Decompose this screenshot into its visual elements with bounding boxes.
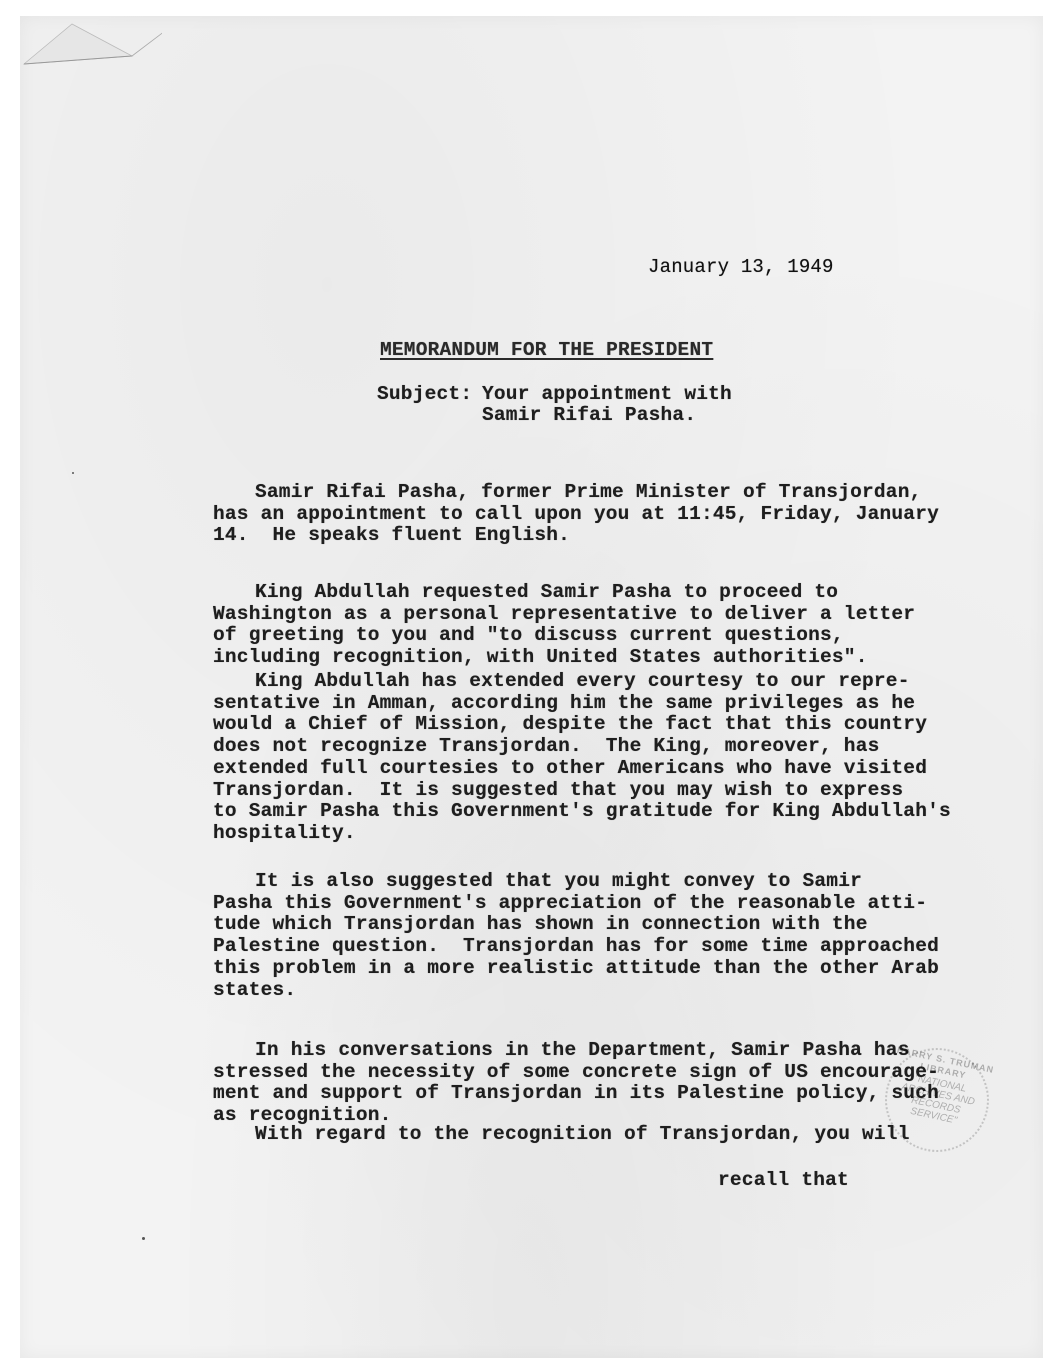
paragraph-line: including recognition, with United State…	[213, 646, 868, 668]
paragraph-line: Washington as a personal representative …	[213, 603, 915, 625]
paragraph-line: Pasha this Government's appreciation of …	[213, 892, 927, 914]
paragraph-line: Palestine question. Transjordan has for …	[213, 935, 939, 957]
paragraph-first-line: With regard to the recognition of Transj…	[255, 1123, 910, 1145]
paragraph-line: this problem in a more realistic attitud…	[213, 957, 939, 979]
paragraph-line: sentative in Amman, according him the sa…	[213, 692, 915, 714]
paragraph-line: states.	[213, 979, 296, 1001]
paragraph-line: does not recognize Transjordan. The King…	[213, 735, 880, 757]
paragraph-line: of greeting to you and "to discuss curre…	[213, 624, 844, 646]
paragraph-line: would a Chief of Mission, despite the fa…	[213, 713, 927, 735]
paragraph-line: ment and support of Transjordan in its P…	[213, 1082, 939, 1104]
subject-line-2: Samir Rifai Pasha.	[482, 404, 696, 426]
paragraph-line: stressed the necessity of some concrete …	[213, 1061, 939, 1083]
continuation-text: recall that	[718, 1169, 849, 1191]
paragraph-line: hospitality.	[213, 822, 356, 844]
paragraph-line: to Samir Pasha this Government's gratitu…	[213, 800, 951, 822]
paragraph-line: Transjordan. It is suggested that you ma…	[213, 779, 903, 801]
paragraph-first-line: It is also suggested that you might conv…	[255, 870, 862, 892]
paragraph-first-line: In his conversations in the Department, …	[255, 1039, 910, 1061]
subject-label: Subject:	[377, 383, 472, 405]
subject-line-1: Your appointment with	[482, 383, 732, 405]
paragraph-first-line: Samir Rifai Pasha, former Prime Minister…	[255, 481, 922, 503]
paragraph-line: tude which Transjordan has shown in conn…	[213, 913, 868, 935]
memo-date: January 13, 1949	[648, 256, 834, 278]
paragraph-line: 14. He speaks fluent English.	[213, 524, 570, 546]
paragraph-line: extended full courtesies to other Americ…	[213, 757, 927, 779]
paragraph-first-line: King Abdullah requested Samir Pasha to p…	[255, 581, 838, 603]
ink-speck	[142, 1237, 145, 1240]
paragraph-line: has an appointment to call upon you at 1…	[213, 503, 939, 525]
folded-corner	[22, 16, 162, 71]
memo-title: MEMORANDUM FOR THE PRESIDENT	[380, 339, 713, 361]
paragraph-first-line: King Abdullah has extended every courtes…	[255, 670, 910, 692]
ink-speck	[72, 472, 74, 474]
